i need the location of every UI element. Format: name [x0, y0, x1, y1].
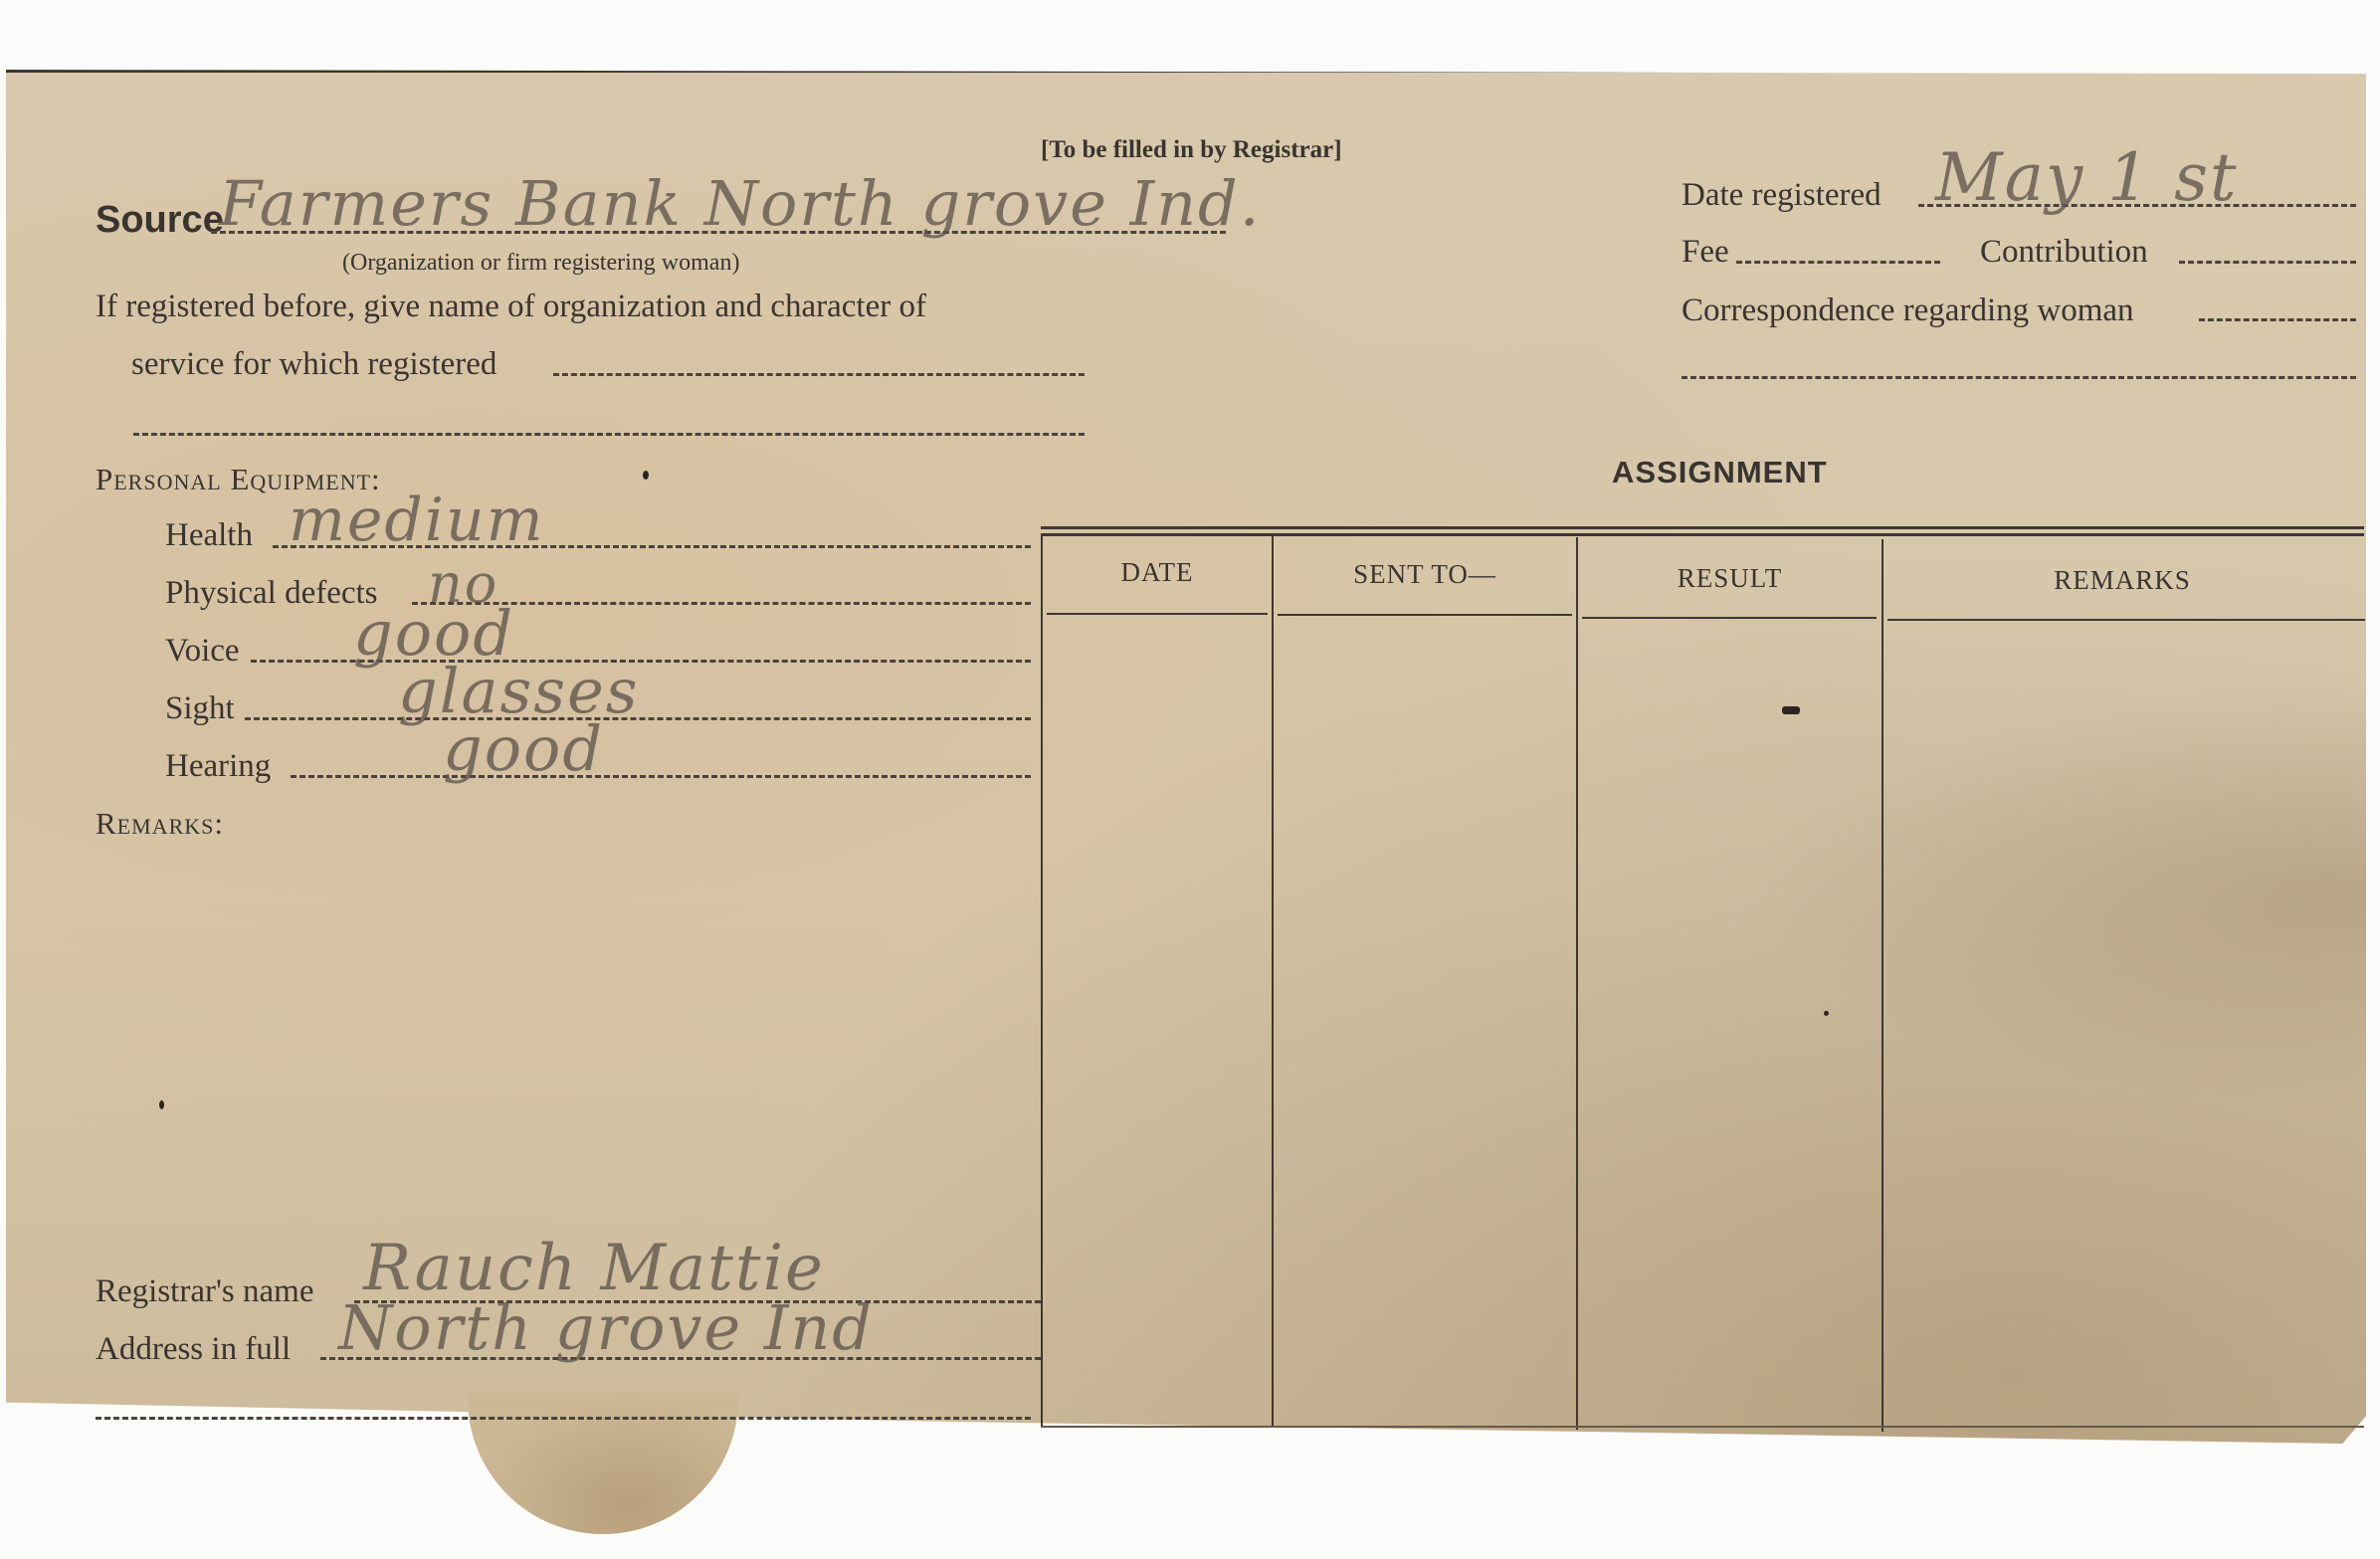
- correspondence-label: Correspondence regarding woman: [1682, 294, 2134, 327]
- remarks-field[interactable]: [96, 846, 1031, 1244]
- header-underline: [1047, 613, 1268, 615]
- date-registered-field[interactable]: May 1 st: [1935, 139, 2239, 216]
- table-top-rule-2: [1041, 533, 2364, 536]
- header-underline: [1278, 614, 1572, 616]
- correspondence-field[interactable]: [2199, 318, 2356, 321]
- hearing-label: Hearing: [165, 750, 271, 783]
- contribution-field[interactable]: [2179, 261, 2356, 264]
- health-field[interactable]: medium: [289, 486, 545, 555]
- column-header-remarks: REMARKS: [1884, 565, 2361, 596]
- sight-label: Sight: [165, 692, 235, 725]
- column-header-date: DATE: [1043, 557, 1272, 588]
- registrar-note: [To be filled in by Registrar]: [1041, 137, 1342, 162]
- sent-to-column-cell[interactable]: [1274, 621, 1576, 1422]
- hearing-field[interactable]: good: [443, 712, 604, 785]
- column-header-sent-to: SENT TO—: [1274, 559, 1576, 590]
- address-label: Address in full: [96, 1333, 291, 1366]
- voice-label: Voice: [165, 635, 240, 668]
- ink-speck: [643, 471, 649, 480]
- contribution-label: Contribution: [1980, 236, 2148, 269]
- column-header-result: RESULT: [1578, 563, 1882, 594]
- remarks-heading: Remarks:: [96, 808, 224, 839]
- health-label: Health: [165, 519, 253, 552]
- address-field[interactable]: North grove Ind: [338, 1291, 874, 1364]
- table-top-rule: [1041, 526, 2364, 529]
- source-caption: (Organization or firm registering woman): [342, 251, 739, 275]
- assignment-title: ASSIGNMENT: [1612, 457, 1828, 487]
- hearing-line: [291, 775, 1031, 778]
- date-registered-label: Date registered: [1682, 179, 1882, 212]
- address-line-2[interactable]: [96, 1417, 1031, 1420]
- previous-registration-line[interactable]: [553, 373, 1085, 376]
- table-bottom-rule: [1041, 1426, 2364, 1428]
- source-label: Source: [96, 201, 224, 239]
- previous-registration-line-2[interactable]: [133, 433, 1085, 436]
- registrar-name-label: Registrar's name: [96, 1275, 313, 1308]
- fee-label: Fee: [1682, 236, 1729, 269]
- result-column-cell[interactable]: [1578, 621, 1882, 1422]
- source-field[interactable]: Farmers Bank North grove Ind.: [219, 167, 1261, 240]
- physical-defects-label: Physical defects: [165, 577, 378, 610]
- correspondence-field-2[interactable]: [1682, 376, 2356, 379]
- date-column-cell[interactable]: [1043, 621, 1272, 1422]
- header-underline: [1582, 617, 1877, 619]
- remarks-column-cell[interactable]: [1884, 621, 2361, 1422]
- previous-registration-prompt-2: service for which registered: [131, 348, 496, 381]
- previous-registration-prompt: If registered before, give name of organ…: [96, 291, 926, 323]
- fee-field[interactable]: [1736, 261, 1940, 264]
- card-index-tab: [468, 1393, 738, 1534]
